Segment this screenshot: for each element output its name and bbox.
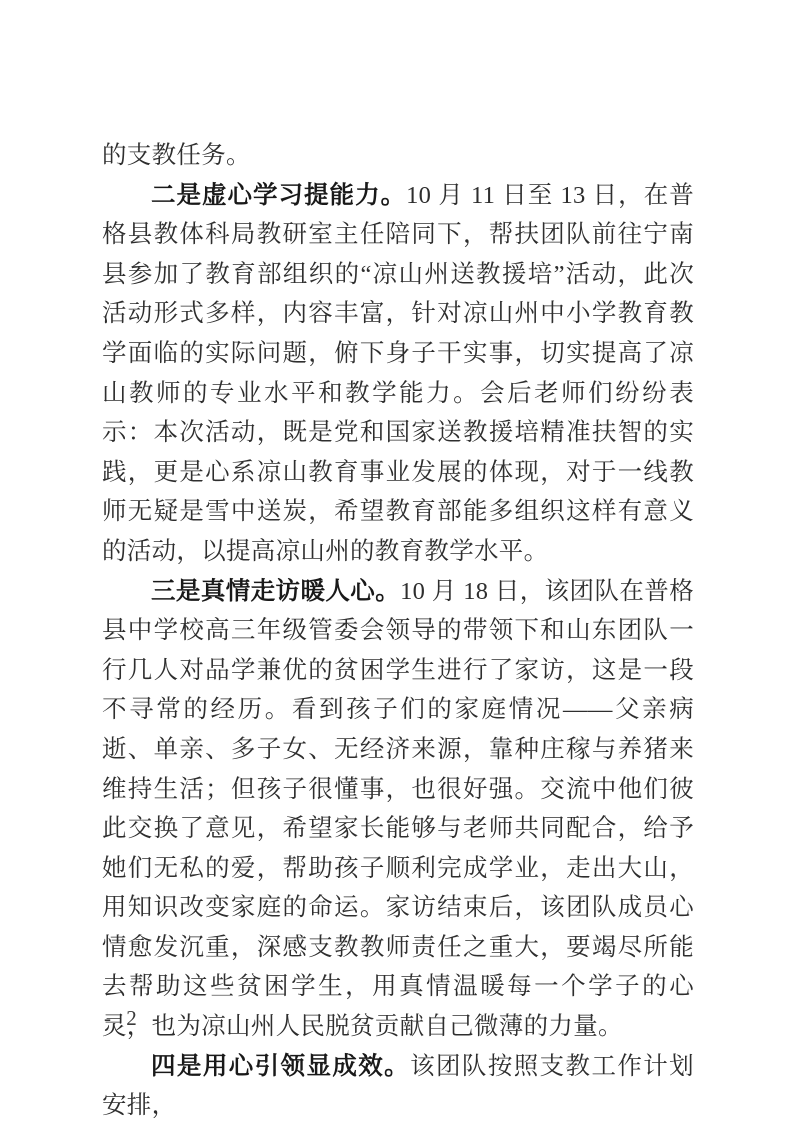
paragraph: 二是虚心学习提能力。10 月 11 日至 13 日，在普格县教体科局教研室主任陪…	[102, 176, 694, 572]
paragraph: 四是用心引领显成效。该团队按照支教工作计划安排，	[102, 1047, 694, 1126]
paragraph-body-text: 10 月 11 日至 13 日，在普格县教体科局教研室主任陪同下，帮扶团队前往宁…	[102, 182, 694, 565]
paragraph-lead-heading: 二是虚心学习提能力。	[151, 182, 406, 209]
page-number: - 2 -	[104, 1005, 164, 1031]
paragraph-lead-heading: 四是用心引领显成效。	[151, 1053, 410, 1080]
paragraph-body-text: 10 月 18 日，该团队在普格县中学校高三年级管委会领导的带领下和山东团队一行…	[102, 578, 694, 1041]
paragraph-lead-heading: 三是真情走访暖人心。	[151, 578, 400, 605]
paragraph: 的支教任务。	[102, 136, 694, 176]
paragraph-body-text: 的支教任务。	[102, 142, 251, 169]
paragraph: 三是真情走访暖人心。10 月 18 日，该团队在普格县中学校高三年级管委会领导的…	[102, 572, 694, 1047]
document-page: 的支教任务。二是虚心学习提能力。10 月 11 日至 13 日，在普格县教体科局…	[0, 0, 799, 1132]
body-text-block: 的支教任务。二是虚心学习提能力。10 月 11 日至 13 日，在普格县教体科局…	[102, 136, 694, 1126]
